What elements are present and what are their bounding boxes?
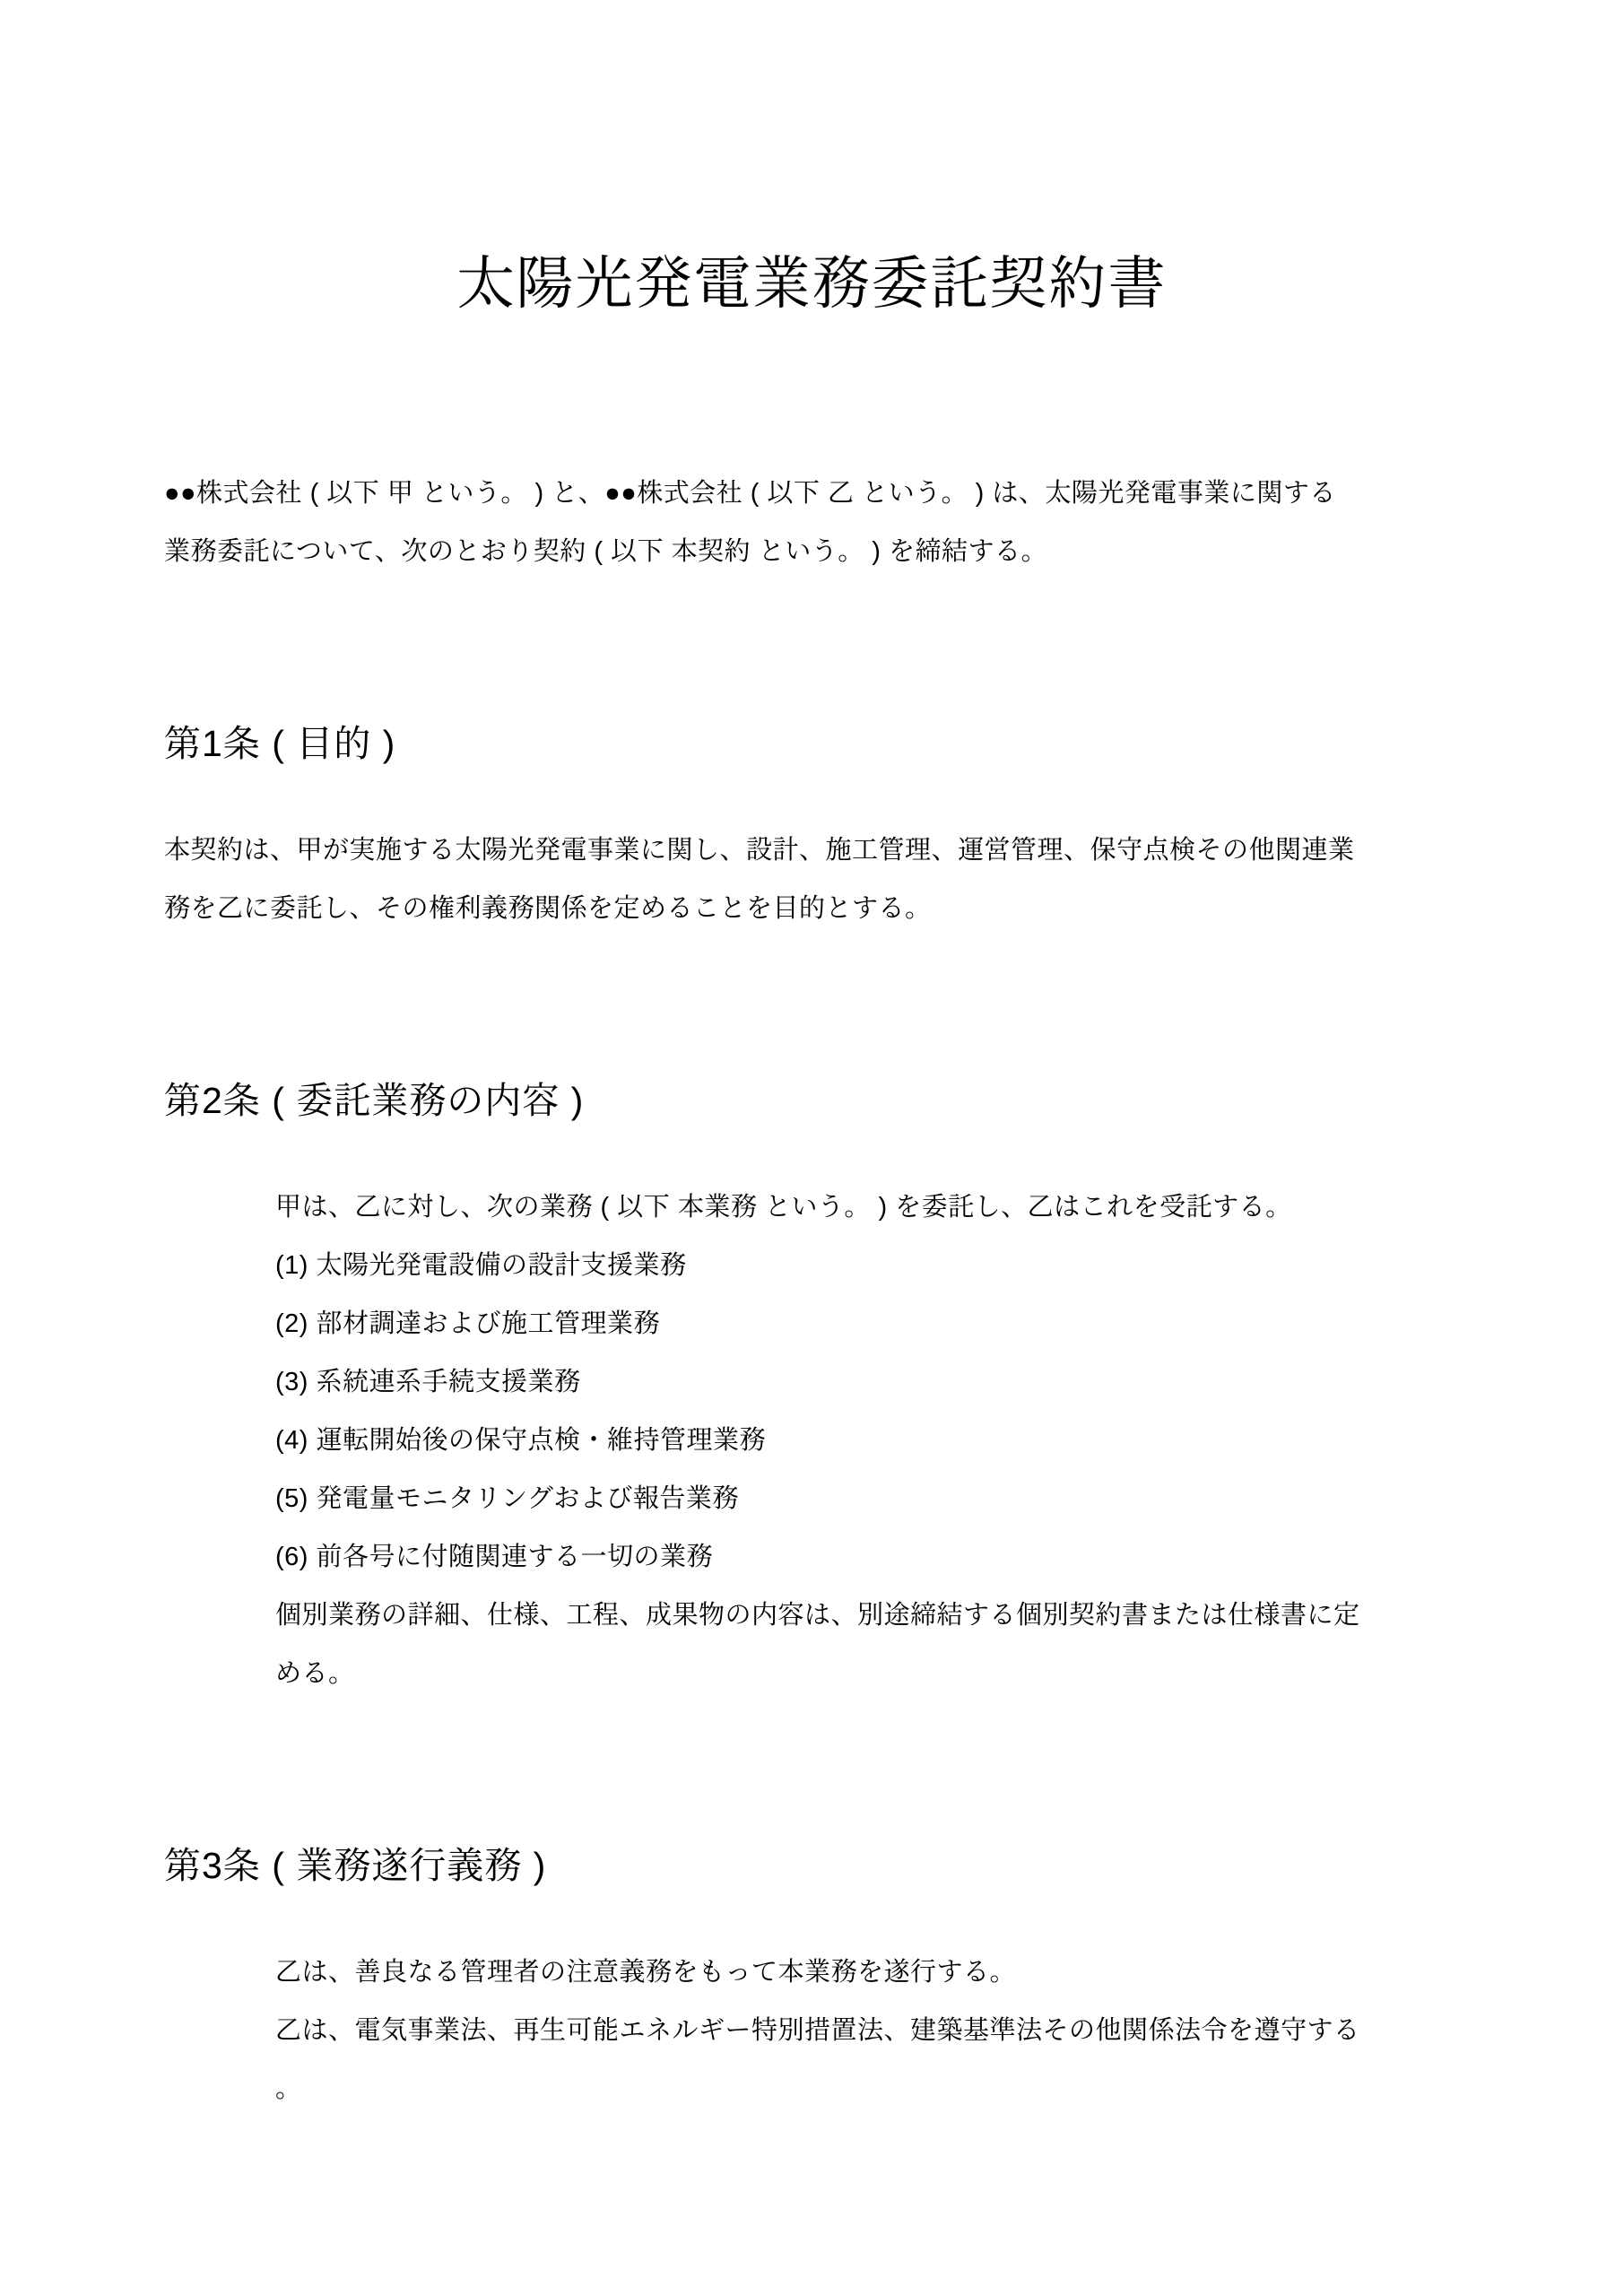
document-title: 太陽光発電業務委託契約書 [164,242,1460,325]
contract-document-page: 太陽光発電業務委託契約書 ●●株式会社 ( 以下 甲 という。 ) と、●●株式… [0,0,1624,2296]
delegated-work-item-4: (4) 運転開始後の保守点検・維持管理業務 [275,1412,1460,1470]
article-2-body: 甲は、乙に対し、次の業務 ( 以下 本業務 という。 ) を委託し、乙はこれを受… [164,1178,1460,1703]
delegated-work-item-5: (5) 発電量モニタリングおよび報告業務 [275,1470,1460,1528]
article-3-clause-line: 乙は、善良なる管理者の注意義務をもって本業務を遂行する。 [275,1944,1460,2002]
article-3-heading: 第3条 ( 業務遂行義務 ) [164,1838,1460,1893]
delegated-work-item-6: (6) 前各号に付随関連する一切の業務 [275,1528,1460,1587]
preamble-paragraph: ●●株式会社 ( 以下 甲 という。 ) と、●●株式会社 ( 以下 乙 という… [164,465,1460,581]
article-2-note-line: める。 [275,1645,1460,1703]
article-2-note-line: 個別業務の詳細、仕様、工程、成果物の内容は、別途締結する個別契約書または仕様書に… [275,1587,1460,1645]
article-3-clause-line: 。 [275,2060,1460,2118]
article-1-heading: 第1条 ( 目的 ) [164,716,1460,771]
article-3-body: 乙は、善良なる管理者の注意義務をもって本業務を遂行する。 乙は、電気事業法、再生… [164,1944,1460,2118]
article-3-clause-line: 乙は、電気事業法、再生可能エネルギー特別措置法、建築基準法その他関係法令を遵守す… [275,2002,1460,2060]
preamble-line: 業務委託について、次のとおり契約 ( 以下 本契約 という。 ) を締結する。 [164,523,1460,581]
preamble-line: ●●株式会社 ( 以下 甲 という。 ) と、●●株式会社 ( 以下 乙 という… [164,465,1460,523]
article-1-body-line: 務を乙に委託し、その権利義務関係を定めることを目的とする。 [164,880,1460,938]
article-1-body: 本契約は、甲が実施する太陽光発電事業に関し、設計、施工管理、運営管理、保守点検そ… [164,822,1460,938]
delegated-work-item-1: (1) 太陽光発電設備の設計支援業務 [275,1237,1460,1295]
delegated-work-item-3: (3) 系統連系手続支援業務 [275,1353,1460,1412]
article-2-lead-line: 甲は、乙に対し、次の業務 ( 以下 本業務 という。 ) を委託し、乙はこれを受… [275,1178,1460,1237]
delegated-work-item-2: (2) 部材調達および施工管理業務 [275,1295,1460,1353]
article-1-body-line: 本契約は、甲が実施する太陽光発電事業に関し、設計、施工管理、運営管理、保守点検そ… [164,822,1460,880]
article-2-heading: 第2条 ( 委託業務の内容 ) [164,1073,1460,1128]
